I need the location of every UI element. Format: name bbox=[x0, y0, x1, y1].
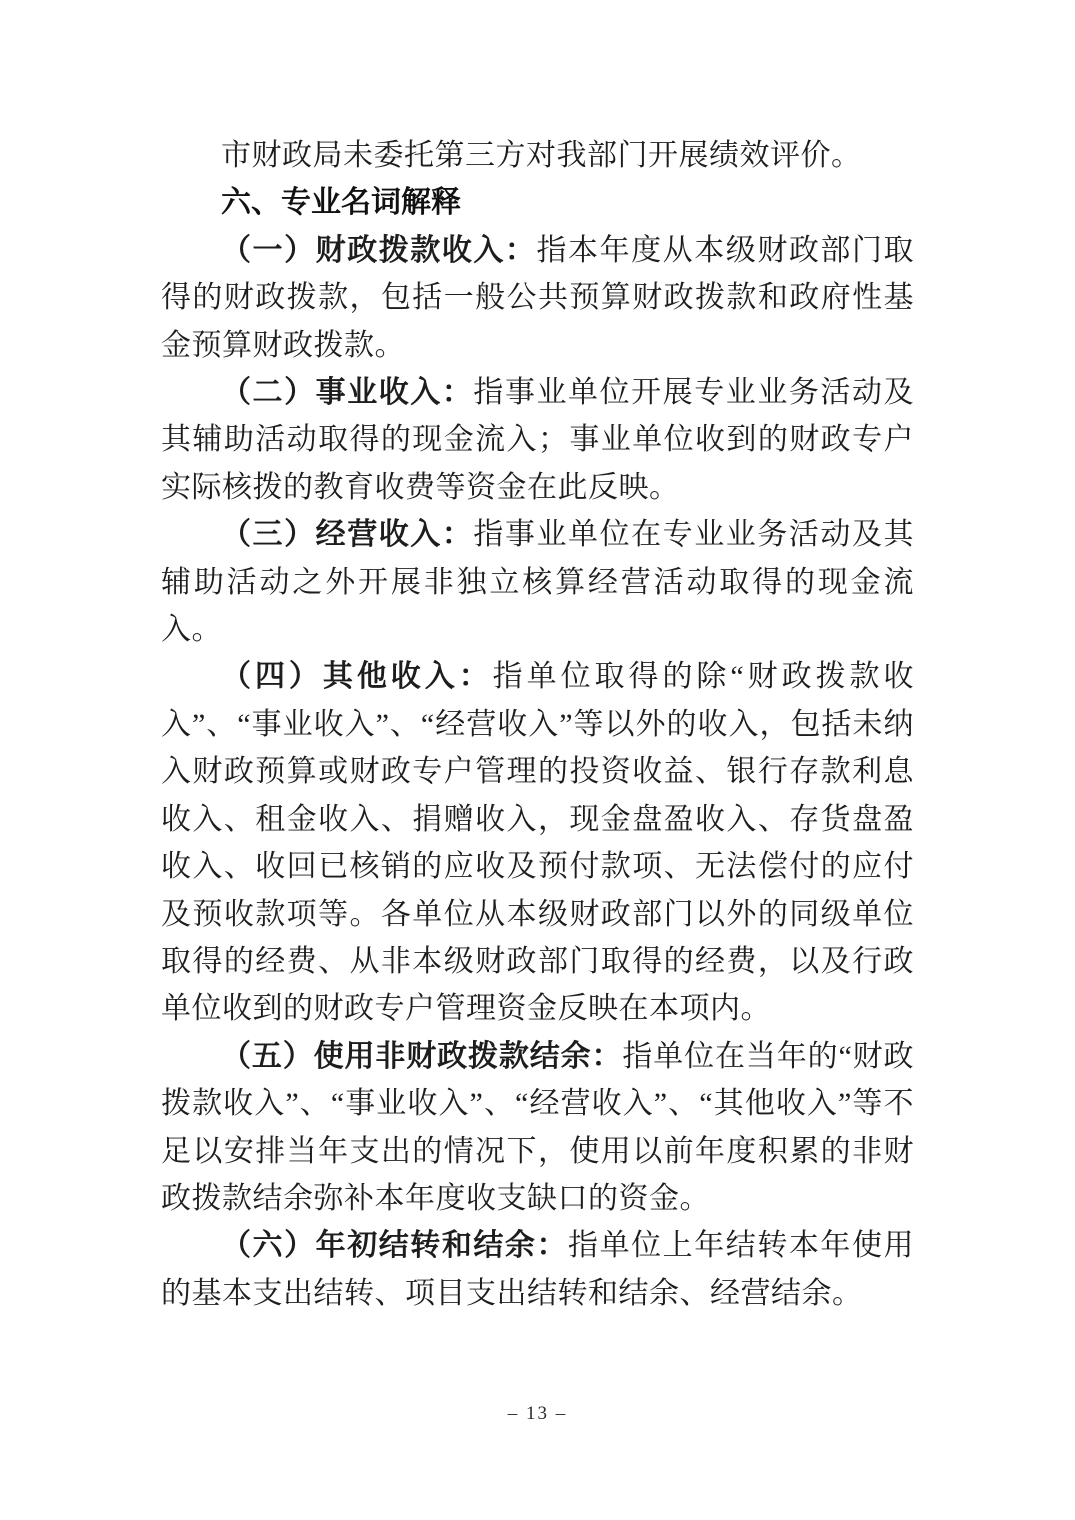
document-body: 市财政局未委托第三方对我部门开展绩效评价。 六、专业名词解释 （一）财政拨款收入… bbox=[161, 132, 914, 1317]
term-paragraph-2: （二）事业收入：指事业单位开展专业业务活动及其辅助活动取得的现金流入；事业单位收… bbox=[161, 369, 914, 511]
term-label-4: （四）其他收入： bbox=[221, 660, 493, 693]
section-heading: 六、专业名词解释 bbox=[161, 179, 914, 226]
intro-paragraph: 市财政局未委托第三方对我部门开展绩效评价。 bbox=[161, 132, 914, 179]
term-paragraph-1: （一）财政拨款收入：指本年度从本级财政部门取得的财政拨款，包括一般公共预算财政拨… bbox=[161, 227, 914, 369]
page-number: – 13 – bbox=[0, 1403, 1075, 1425]
term-paragraph-4: （四）其他收入：指单位取得的除“财政拨款收入”、“事业收入”、“经营收入”等以外… bbox=[161, 653, 914, 1032]
term-label-3: （三）经营收入： bbox=[221, 518, 473, 551]
term-paragraph-5: （五）使用非财政拨款结余：指单位在当年的“财政拨款收入”、“事业收入”、“经营收… bbox=[161, 1033, 914, 1223]
term-definition-4: 指单位取得的除“财政拨款收入”、“事业收入”、“经营收入”等以外的收入，包括未纳… bbox=[161, 660, 914, 1025]
term-label-5: （五）使用非财政拨款结余： bbox=[221, 1040, 622, 1073]
term-label-6: （六）年初结转和结余： bbox=[221, 1229, 568, 1262]
term-paragraph-3: （三）经营收入：指事业单位在专业业务活动及其辅助活动之外开展非独立核算经营活动取… bbox=[161, 511, 914, 653]
term-paragraph-6: （六）年初结转和结余：指单位上年结转本年使用的基本支出结转、项目支出结转和结余、… bbox=[161, 1222, 914, 1317]
document-page: 市财政局未委托第三方对我部门开展绩效评价。 六、专业名词解释 （一）财政拨款收入… bbox=[0, 0, 1075, 1520]
term-label-2: （二）事业收入： bbox=[221, 376, 473, 409]
term-label-1: （一）财政拨款收入： bbox=[221, 234, 536, 267]
